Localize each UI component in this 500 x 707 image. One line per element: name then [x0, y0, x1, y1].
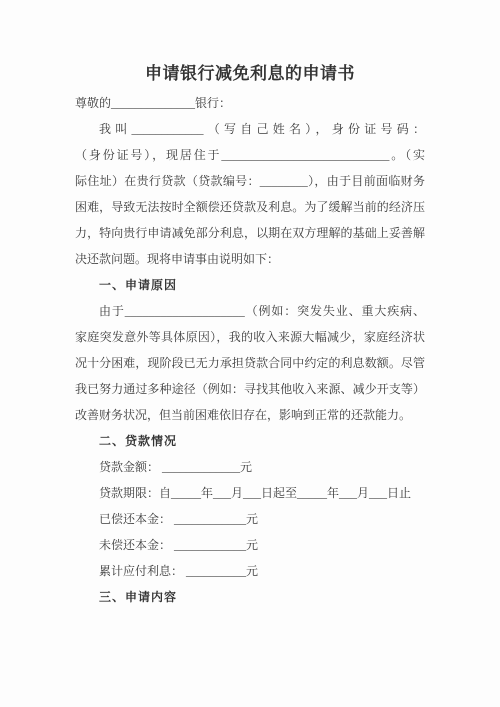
loan-term-line: 贷款期限：自_____年___月___日起至_____年___月___日止 [75, 480, 425, 506]
section-heading-loan-info: 二、贷款情况 [75, 428, 425, 454]
reason-paragraph-line: 改善财务状况，但当前困难依旧存在，影响到正常的还款能力。 [75, 402, 425, 428]
reason-paragraph-line: 由于____________________（例如：突发失业、重大疾病、 [75, 298, 425, 324]
unpaid-principal-line: 未偿还本金： ____________元 [75, 532, 425, 558]
intro-paragraph-line: （身份证号），现居住于____________________________。… [75, 142, 425, 168]
intro-paragraph-line: 我叫____________（写自己姓名），身份证号码： [75, 116, 425, 142]
intro-paragraph-line: 困难，导致无法按时全额偿还贷款及利息。为了缓解当前的经济压 [75, 194, 425, 220]
reason-paragraph-line: 况十分困难，现阶段已无力承担贷款合同中约定的利息数额。尽管 [75, 350, 425, 376]
loan-amount-line: 贷款金额： _____________元 [75, 454, 425, 480]
section-heading-reason: 一、申请原因 [75, 272, 425, 298]
greeting-line: 尊敬的______________银行： [75, 90, 425, 116]
document-title: 申请银行减免利息的申请书 [75, 61, 425, 87]
document-page: 申请银行减免利息的申请书 尊敬的______________银行： 我叫____… [75, 0, 425, 610]
section-heading-request: 三、申请内容 [75, 584, 425, 610]
intro-paragraph-line: 决还款问题。现将申请事由说明如下： [75, 246, 425, 272]
intro-paragraph-line: 际住址）在贵行贷款（贷款编号：________），由于目前面临财务 [75, 168, 425, 194]
reason-paragraph-line: 家庭突发意外等具体原因），我的收入来源大幅减少，家庭经济状 [75, 324, 425, 350]
reason-paragraph-line: 我已努力通过多种途径（例如：寻找其他收入来源、减少开支等） [75, 376, 425, 402]
repaid-principal-line: 已偿还本金： ____________元 [75, 506, 425, 532]
intro-paragraph-line: 力，特向贵行申请减免部分利息，以期在双方理解的基础上妥善解 [75, 220, 425, 246]
accrued-interest-line: 累计应付利息： __________元 [75, 558, 425, 584]
